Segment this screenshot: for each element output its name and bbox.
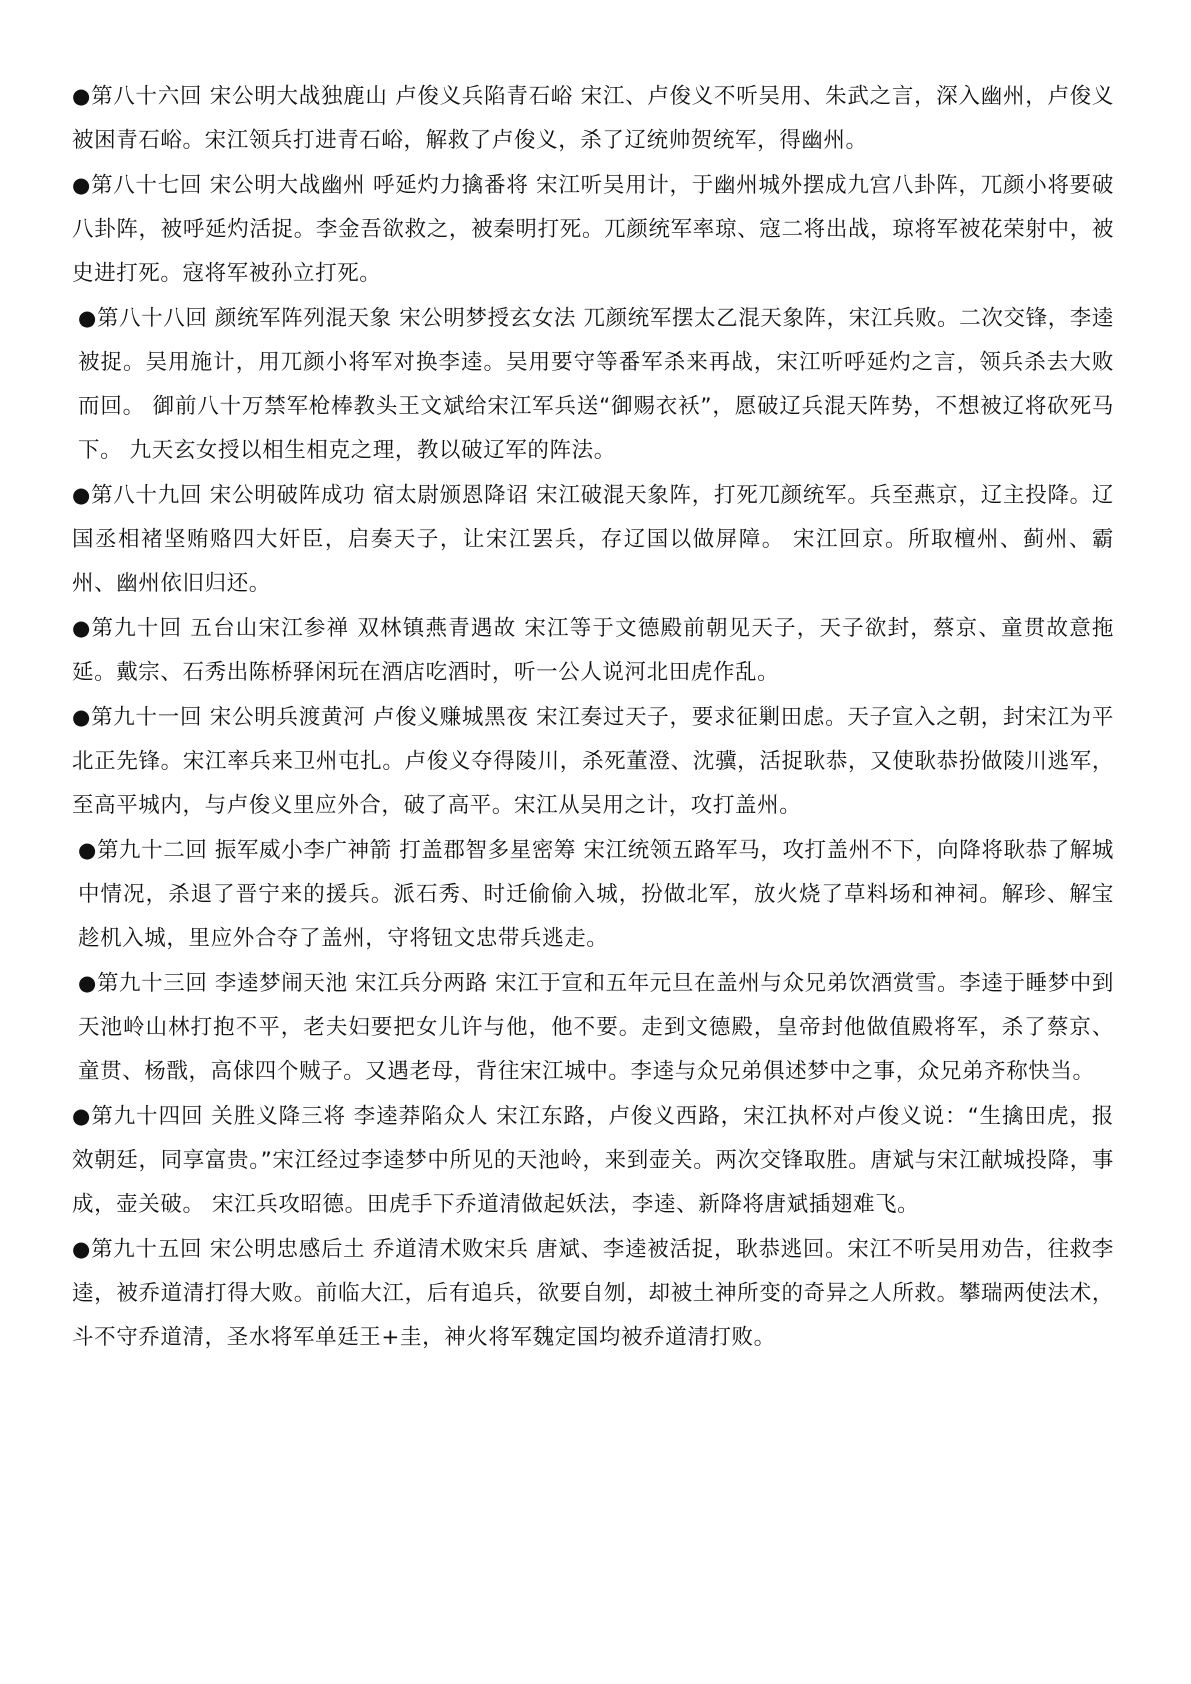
chapter-title: 李逵梦闹天池 宋江兵分两路 — [215, 971, 488, 996]
chapter-93-paragraph: ●第九十三回 李逵梦闹天池 宋江兵分两路 宋江于宣和五年元旦在盖州与众兄弟饮酒赏… — [72, 961, 1114, 1094]
chapter-88-paragraph: ●第八十八回 颜统军阵列混天象 宋公明梦授玄女法 兀颜统军摆太乙混天象阵，宋江兵… — [72, 296, 1114, 473]
chapter-87-paragraph: ●第八十七回 宋公明大战幽州 呼延灼力擒番将 宋江听吴用计，于幽州城外摆成九宫八… — [72, 163, 1114, 296]
chapter-title: 振军威小李广神箭 打盖郡智多星密筹 — [215, 838, 576, 863]
chapter-number: 第八十九回 — [91, 483, 202, 508]
bullet-icon: ● — [72, 173, 91, 197]
chapter-89-paragraph: ●第八十九回 宋公明破阵成功 宿太尉颁恩降诏 宋江破混天象阵，打死兀颜统军。兵至… — [72, 473, 1114, 606]
chapter-94-paragraph: ●第九十四回 关胜义降三将 李逵莽陷众人 宋江东路，卢俊义西路，宋江执杯对卢俊义… — [72, 1094, 1114, 1227]
chapter-number: 第九十五回 — [91, 1237, 202, 1262]
chapter-90-paragraph: ●第九十回 五台山宋江参禅 双林镇燕青遇故 宋江等于文德殿前朝见天子，天子欲封，… — [72, 606, 1114, 695]
chapter-title: 颜统军阵列混天象 宋公明梦授玄女法 — [215, 306, 576, 331]
chapter-95-paragraph: ●第九十五回 宋公明忠感后土 乔道清术败宋兵 唐斌、李逵被活捉，耿恭逃回。宋江不… — [72, 1227, 1114, 1360]
bullet-icon: ● — [72, 616, 92, 640]
chapter-title: 宋公明大战幽州 呼延灼力擒番将 — [210, 173, 529, 198]
bullet-icon: ● — [72, 1237, 91, 1261]
chapter-title: 宋公明大战独鹿山 卢俊义兵陷青石峪 — [210, 84, 573, 109]
chapter-91-paragraph: ●第九十一回 宋公明兵渡黄河 卢俊义赚城黑夜 宋江奏过天子，要求征剿田虑。天子宣… — [72, 695, 1114, 828]
bullet-icon: ● — [78, 971, 97, 995]
chapter-92-paragraph: ●第九十二回 振军威小李广神箭 打盖郡智多星密筹 宋江统领五路军马，攻打盖州不下… — [72, 828, 1114, 961]
document-page: ●第八十六回 宋公明大战独鹿山 卢俊义兵陷青石峪 宋江、卢俊义不听吴用、朱武之言… — [72, 74, 1114, 1360]
chapter-title: 五台山宋江参禅 双林镇燕青遇故 — [190, 616, 516, 641]
chapter-number: 第九十二回 — [97, 838, 208, 863]
chapter-number: 第八十七回 — [91, 173, 202, 198]
chapter-title: 关胜义降三将 李逵莽陷众人 — [211, 1104, 488, 1129]
chapter-86-paragraph: ●第八十六回 宋公明大战独鹿山 卢俊义兵陷青石峪 宋江、卢俊义不听吴用、朱武之言… — [72, 74, 1114, 163]
chapter-number: 第八十八回 — [97, 306, 208, 331]
chapter-title: 宋公明兵渡黄河 卢俊义赚城黑夜 — [210, 705, 529, 730]
chapter-number: 第九十四回 — [91, 1104, 203, 1129]
bullet-icon: ● — [72, 705, 91, 729]
chapter-number: 第九十一回 — [91, 705, 202, 730]
chapter-title: 宋公明破阵成功 宿太尉颁恩降诏 — [210, 483, 529, 508]
bullet-icon: ● — [78, 306, 97, 330]
chapter-title: 宋公明忠感后土 乔道清术败宋兵 — [210, 1237, 529, 1262]
bullet-icon: ● — [72, 84, 91, 108]
chapter-number: 第九十回 — [92, 616, 183, 641]
bullet-icon: ● — [72, 483, 91, 507]
bullet-icon: ● — [78, 838, 97, 862]
bullet-icon: ● — [72, 1104, 91, 1128]
chapter-number: 第八十六回 — [91, 84, 202, 109]
chapter-number: 第九十三回 — [97, 971, 208, 996]
